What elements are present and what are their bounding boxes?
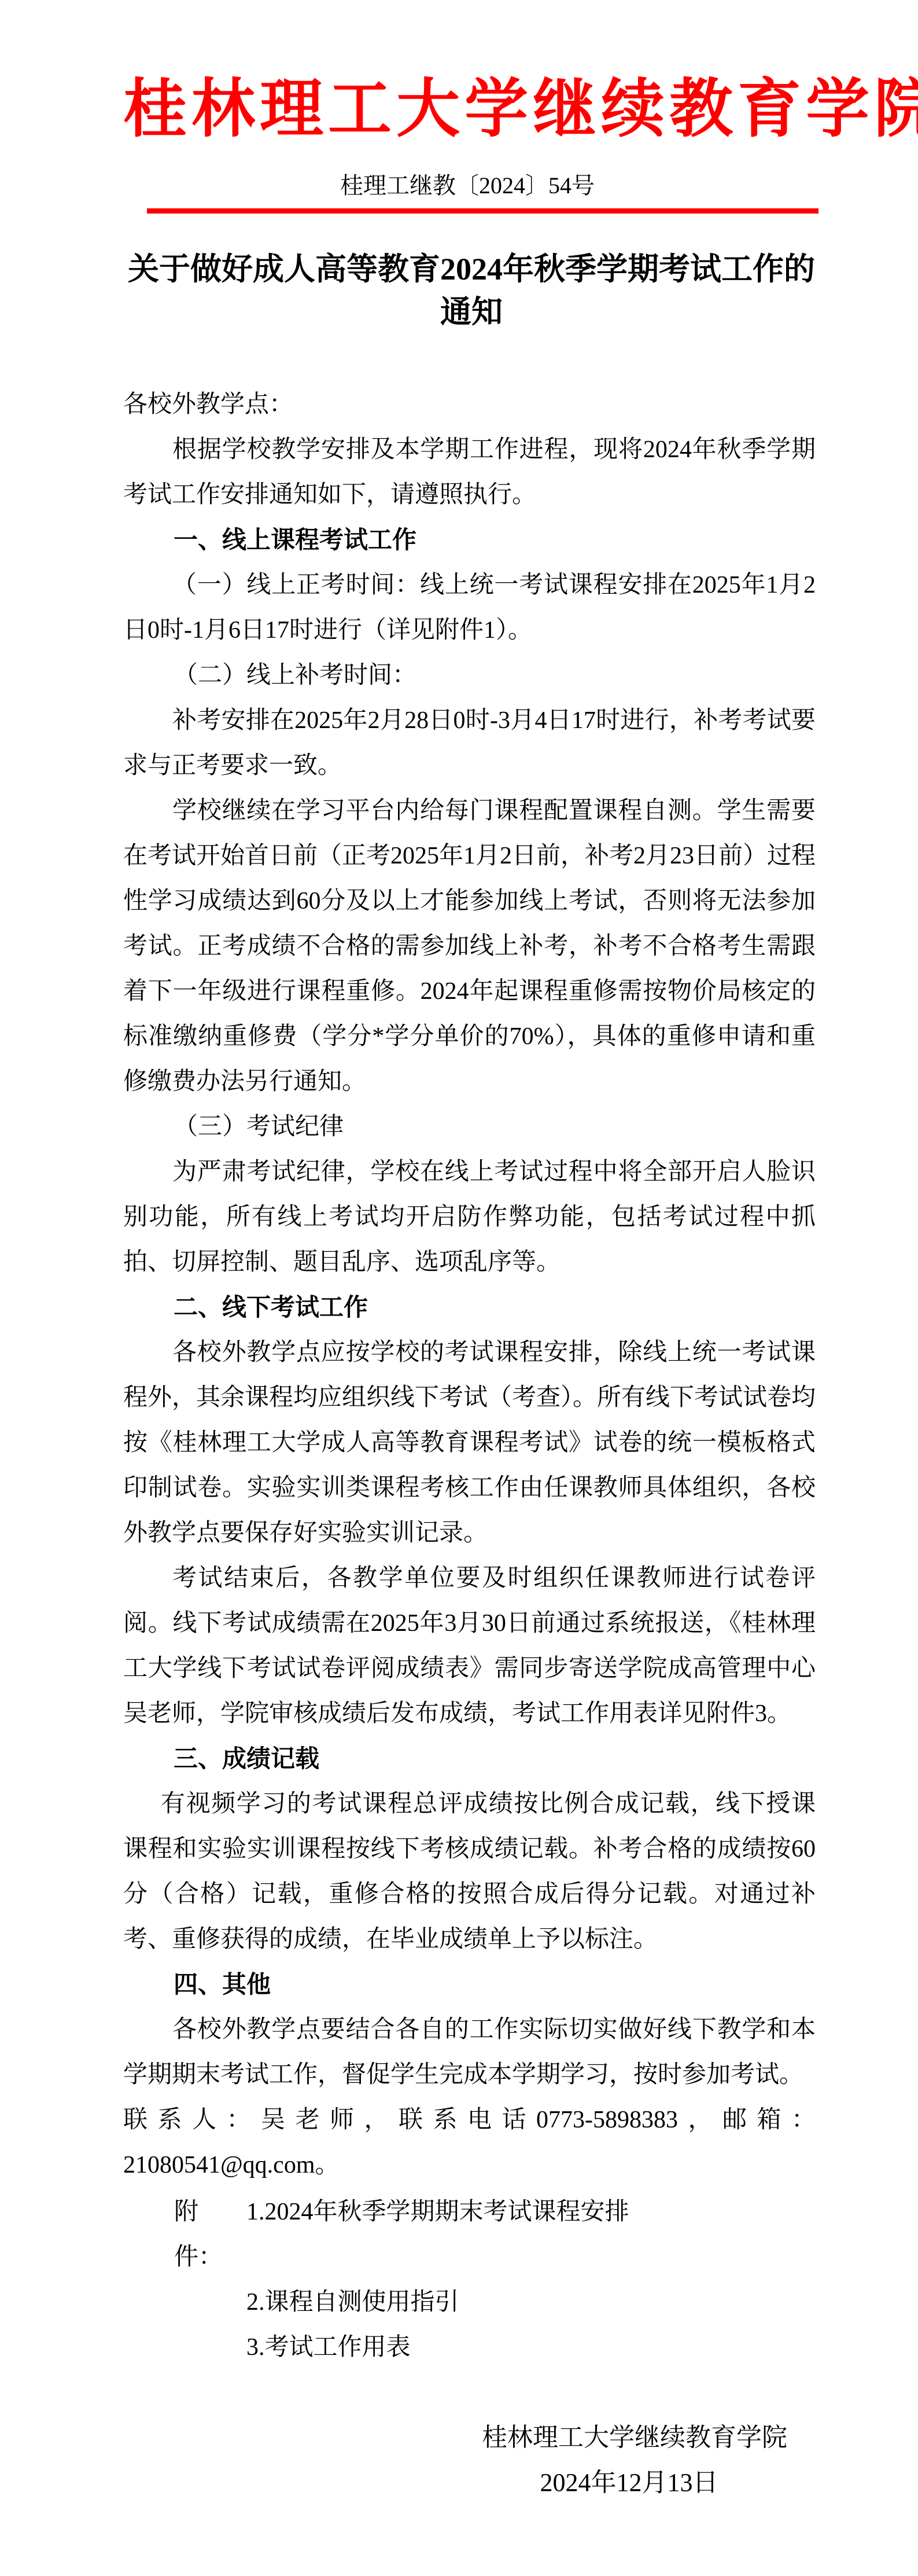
attachments-label: 附件： [174,2189,246,2280]
red-divider-line [147,208,819,214]
section-heading-other: 四、其他 [123,1962,816,2007]
notice-title-line-2: 通知 [116,290,827,334]
paragraph-offline-arrangement: 各校外教学点应按学校的考试课程安排，除线上统一考试课程外，其余课程均应组织线下考… [123,1330,816,1556]
document-number: 桂理工继教〔2024〕54号 [331,171,603,200]
attachment-row: 3.考试工作用表 [174,2325,629,2370]
greeting: 各校外教学点： [123,382,816,427]
signature-date: 2024年12月13日 [523,2460,735,2505]
notice-title-line-1: 关于做好成人高等教育2024年秋季学期考试工作的 [116,247,827,291]
subsection-makeup-exam-time: （二）线上补考时间： [123,653,816,698]
subsection-regular-exam-time: （一）线上正考时间：线上统一考试课程安排在2025年1月2日0时-1月6日17时… [123,563,816,653]
contact-info: 联系人：吴老师，联系电话0773-5898383，邮箱：21080541@qq.… [123,2097,816,2188]
subsection-exam-discipline: （三）考试纪律 [123,1104,816,1149]
section-heading-offline-exams: 二、线下考试工作 [123,1285,816,1330]
section-heading-online-exams: 一、线上课程考试工作 [123,517,816,563]
attachments-list: 附件： 1.2024年秋季学期期末考试课程安排 2.课程自测使用指引 3.考试工… [174,2189,629,2370]
section-heading-grade-records: 三、成绩记载 [123,1736,816,1781]
paragraph-grading: 考试结束后，各教学单位要及时组织任课教师进行试卷评阅。线下考试成绩需在2025年… [123,1556,816,1736]
attachment-item: 2.课程自测使用指引 [246,2280,459,2325]
attachment-row: 附件： 1.2024年秋季学期期末考试课程安排 [174,2189,629,2280]
paragraph-makeup-schedule: 补考安排在2025年2月28日0时-3月4日17时进行，补考考试要求与正考要求一… [123,698,816,788]
paragraph-discipline: 为严肃考试纪律，学校在线上考试过程中将全部开启人脸识别功能，所有线上考试均开启防… [123,1149,816,1285]
intro-paragraph: 根据学校教学安排及本学期工作进程，现将2024年秋季学期考试工作安排通知如下，请… [123,427,816,517]
issuer-masthead: 桂林理工大学继续教育学院 [123,74,817,144]
attachment-item: 1.2024年秋季学期期末考试课程安排 [246,2189,629,2280]
attachment-item: 3.考试工作用表 [246,2325,411,2370]
signature-organization: 桂林理工大学继续教育学院 [482,2415,777,2460]
paragraph-grade-records: 有视频学习的考试课程总评成绩按比例合成记载，线下授课课程和实验实训课程按线下考核… [123,1781,816,1962]
paragraph-self-test: 学校继续在学习平台内给每门课程配置课程自测。学生需要在考试开始首日前（正考202… [123,788,816,1104]
paragraph-other: 各校外教学点要结合各自的工作实际切实做好线下教学和本学期期末考试工作，督促学生完… [123,2007,816,2097]
notice-body: 各校外教学点： 根据学校教学安排及本学期工作进程，现将2024年秋季学期考试工作… [123,382,816,2188]
attachment-row: 2.课程自测使用指引 [174,2280,629,2325]
